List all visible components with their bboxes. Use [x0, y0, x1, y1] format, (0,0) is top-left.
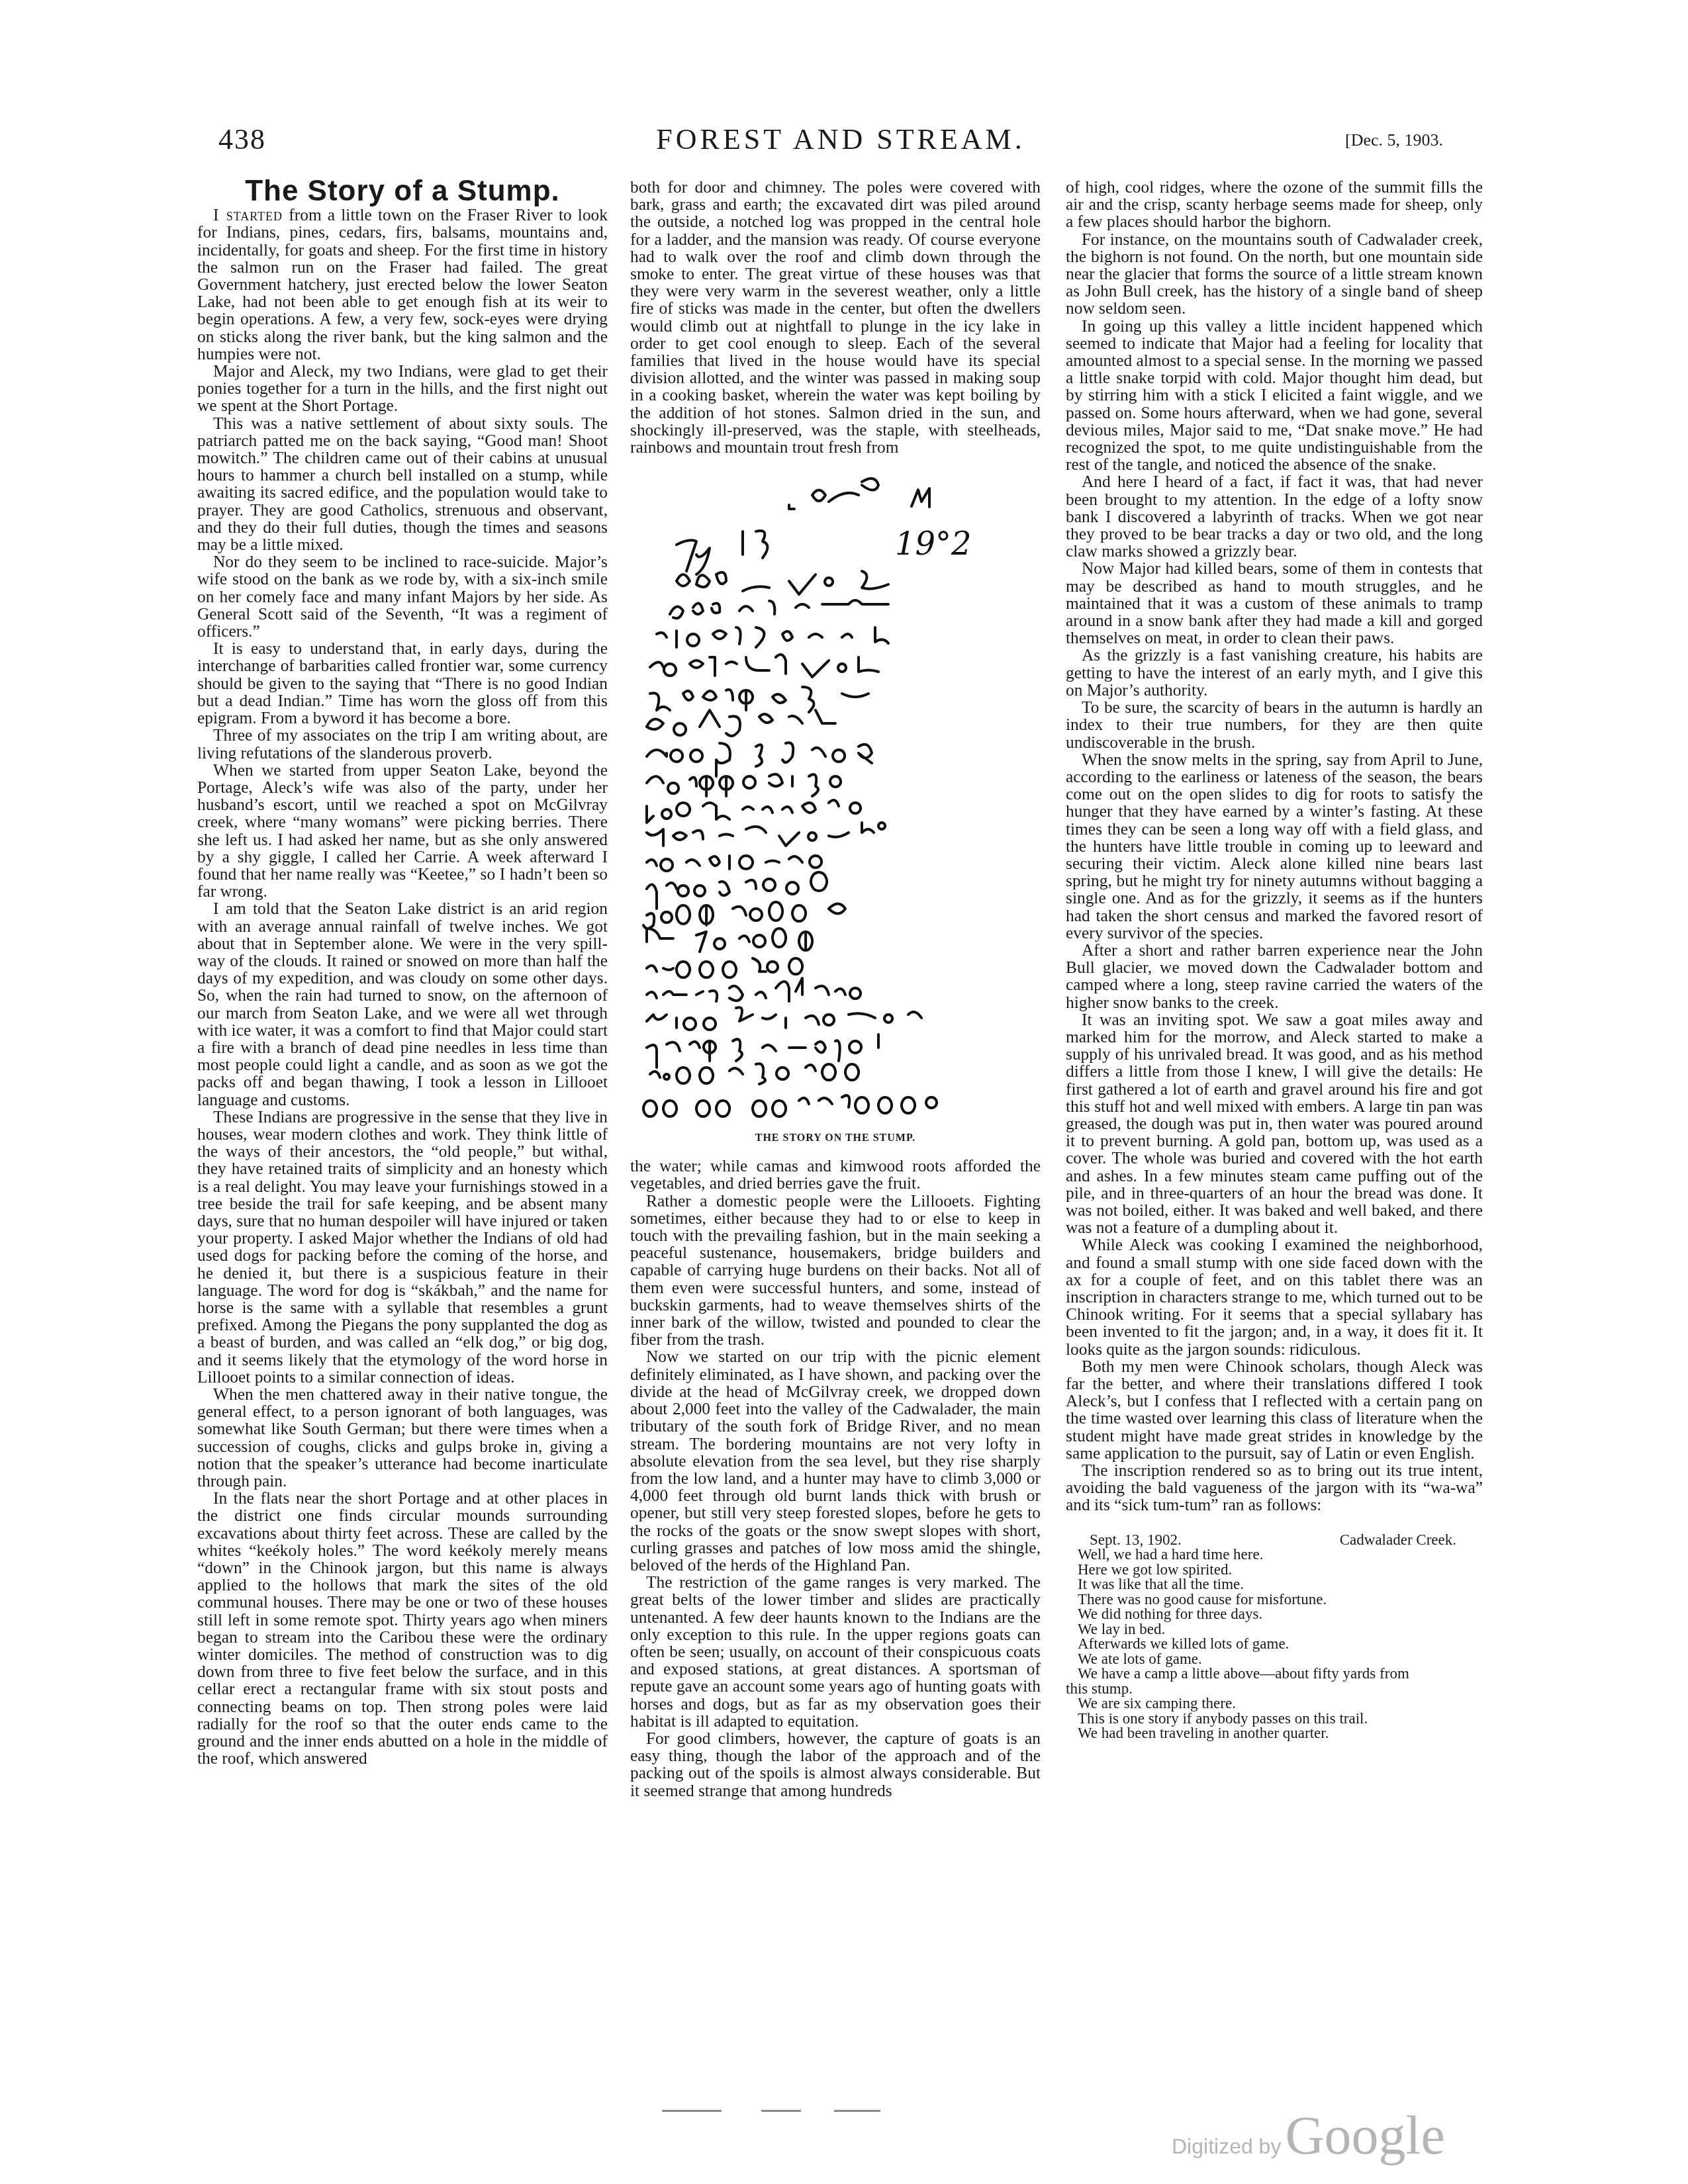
paragraph: It was an inviting spot. We saw a goat m… — [1066, 1011, 1483, 1237]
paragraph: This was a native settlement of about si… — [197, 415, 608, 554]
paragraph: Now Major had killed bears, some of them… — [1066, 560, 1483, 647]
digitized-by-label: Digitized by — [1172, 2134, 1281, 2158]
paragraph: For good climbers, however, the capture … — [630, 1730, 1041, 1799]
paragraph: When the men chattered away in their nat… — [197, 1386, 608, 1490]
chinook-handwriting-image: 19°2 — [630, 465, 1041, 1120]
inscription-line: This is one story if anybody passes on t… — [1066, 1711, 1483, 1727]
article-title: The Story of a Stump. — [197, 183, 608, 200]
paragraph: These Indians are progressive in the sen… — [197, 1109, 608, 1386]
inscription-line: Afterwards we killed lots of game. — [1066, 1637, 1483, 1652]
inscription-line: this stump. — [1066, 1682, 1483, 1697]
inscription-line: We are six camping there. — [1066, 1696, 1483, 1711]
paragraph: Now we started on our trip with the picn… — [630, 1348, 1041, 1574]
paragraph: For instance, on the mountains south of … — [1066, 231, 1483, 318]
inscription-place: Cadwalader Creek. — [1340, 1533, 1456, 1548]
inscription-line: We ate lots of game. — [1066, 1652, 1483, 1667]
paragraph: When the snow melts in the spring, say f… — [1066, 751, 1483, 942]
svg-text:19°2: 19°2 — [895, 525, 972, 563]
paragraph: the water; while camas and kimwood roots… — [630, 1158, 1041, 1192]
inscription-line: It was like that all the time. — [1066, 1577, 1483, 1592]
column-2: both for door and chimney. The poles wer… — [630, 179, 1041, 1799]
inscription-line: Well, we had a hard time here. — [1066, 1547, 1483, 1563]
column-1: The Story of a Stump. I started from a l… — [197, 179, 608, 1767]
paragraph: Both my men were Chinook scholars, thoug… — [1066, 1358, 1483, 1462]
paragraph: In going up this valley a little inciden… — [1066, 318, 1483, 474]
paragraph: To be sure, the scarcity of bears in the… — [1066, 699, 1483, 751]
scan-artifact — [662, 2110, 722, 2112]
paragraph: After a short and rather barren experien… — [1066, 942, 1483, 1011]
inscription-header: Sept. 13, 1902. Cadwalader Creek. — [1066, 1533, 1483, 1548]
masthead: 438 FOREST AND STREAM. [Dec. 5, 1903. — [192, 122, 1489, 162]
inscription-line: We had been traveling in another quarter… — [1066, 1726, 1483, 1741]
paragraph: both for door and chimney. The poles wer… — [630, 179, 1041, 456]
paragraph: In the flats near the short Portage and … — [197, 1490, 608, 1767]
google-logo: Google — [1285, 2105, 1444, 2165]
paragraph: As the grizzly is a fast vanishing creat… — [1066, 647, 1483, 699]
inscription-line: We have a camp a little above—about fift… — [1066, 1666, 1483, 1682]
digitized-by-watermark: Digitized byGoogle — [1172, 2105, 1445, 2167]
paragraph: Three of my associates on the trip I am … — [197, 727, 608, 761]
inscription-line: There was no good cause for misfortune. — [1066, 1592, 1483, 1608]
inscription-line: We did nothing for three days. — [1066, 1607, 1483, 1622]
inscription-date: Sept. 13, 1902. — [1090, 1533, 1182, 1548]
figure-caption: THE STORY ON THE STUMP. — [630, 1130, 1041, 1147]
paragraph: The restriction of the game ranges is ve… — [630, 1574, 1041, 1730]
paragraph: Nor do they seem to be inclined to race-… — [197, 553, 608, 640]
paragraph: The inscription rendered so as to bring … — [1066, 1462, 1483, 1514]
paragraph: It is easy to understand that, in early … — [197, 640, 608, 727]
publication-title: FOREST AND STREAM. — [192, 122, 1489, 156]
lead-in: I started — [213, 206, 283, 224]
scan-artifact — [834, 2110, 880, 2112]
stump-inscription-figure: 19°2 — [630, 465, 1041, 1147]
paragraph: While Aleck was cooking I examined the n… — [1066, 1236, 1483, 1357]
inscription-line: Here we got low spirited. — [1066, 1563, 1483, 1578]
paragraph: And here I heard of a fact, if fact it w… — [1066, 473, 1483, 560]
paragraph: Major and Aleck, my two Indians, were gl… — [197, 363, 608, 415]
issue-date: [Dec. 5, 1903. — [1345, 130, 1443, 150]
inscription-translation: Sept. 13, 1902. Cadwalader Creek. Well, … — [1066, 1533, 1483, 1741]
paragraph: I started from a little town on the Fras… — [197, 206, 608, 363]
paragraph: of high, cool ridges, where the ozone of… — [1066, 179, 1483, 231]
column-3: of high, cool ridges, where the ozone of… — [1066, 179, 1483, 1741]
paragraph: When we started from upper Seaton Lake, … — [197, 762, 608, 901]
paragraph: I am told that the Seaton Lake district … — [197, 900, 608, 1108]
inscription-line: We lay in bed. — [1066, 1622, 1483, 1637]
paragraph: Rather a domestic people were the Lilloo… — [630, 1193, 1041, 1349]
scan-artifact — [761, 2110, 801, 2112]
